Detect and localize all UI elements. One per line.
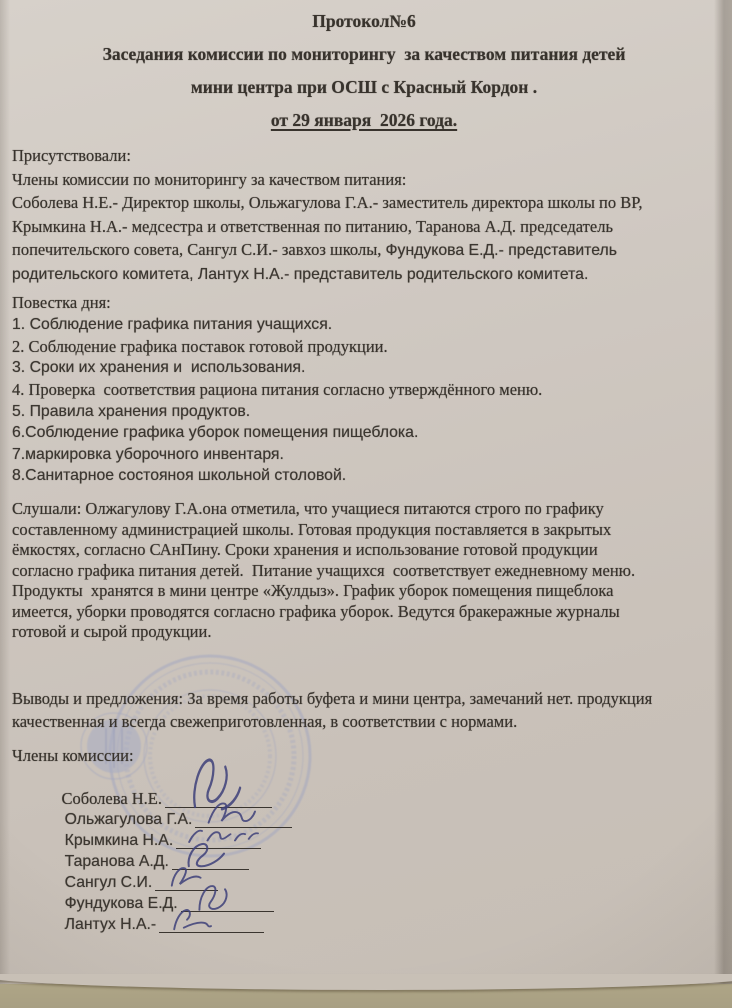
header-line: Заседания комиссии по мониторингу за кач… (12, 38, 716, 71)
heard-line: Слушали: Олжагулову Г.А.она отметила, чт… (12, 499, 716, 520)
header-line: Протокол№6 (12, 5, 716, 38)
signature-name: Таранова А.Д. (65, 853, 169, 870)
heard-line: согласно графика питания детей. Питание … (12, 561, 716, 582)
agenda-list: 1. Соблюдение графика питания учащихся.2… (12, 314, 716, 487)
agenda-item: 8.Санитарное состояноя школьной столовой… (12, 465, 716, 487)
signature-scribble-icon (163, 896, 259, 934)
signature-name: Сангул С.И. (65, 874, 153, 891)
agenda-heading: Повестка дня: (12, 291, 716, 315)
heard-line: имеется, уборки проводятся согласно граф… (12, 602, 716, 623)
paper: Протокол№6Заседания комиссии по монитори… (0, 0, 732, 1008)
agenda-item: 6.Соблюдение графика уборок помещения пи… (12, 422, 716, 444)
signature-line (159, 920, 264, 933)
attendees-line: Члены комиссии по мониторингу за качеств… (12, 168, 716, 192)
conclusions-line: качественная и всегда свежеприготовленна… (12, 710, 716, 733)
header-line: мини центра при ОСШ с Красный Кордон . (12, 71, 716, 104)
agenda-item: 4. Проверка соответствия рациона питания… (12, 379, 716, 401)
conclusions-line: Выводы и предложения: За время работы бу… (12, 687, 716, 710)
conclusions-section: Выводы и предложения: За время работы бу… (12, 687, 716, 733)
agenda-item: 3. Сроки их хранения и использования. (12, 357, 716, 379)
heard-line: Продукты хранятся в мини центре «Жулдыз»… (12, 581, 716, 602)
doc-header: Протокол№6Заседания комиссии по монитори… (12, 5, 716, 137)
attendees-section: Присутствовали:Члены комиссии по монитор… (12, 144, 716, 287)
signatures-heading: Члены комиссии: (12, 745, 716, 767)
document-photo: Протокол№6Заседания комиссии по монитори… (0, 0, 732, 1008)
attendees-line: Присутствовали: (12, 144, 716, 168)
agenda-item: 5. Правила хранения продуктов. (12, 401, 716, 423)
heard-line: готовой и сырой продукции. (12, 622, 716, 643)
agenda-item: 7.маркировка уборочного инвентаря. (12, 444, 716, 466)
attendees-line: попечительского совета, Сангул С.И.- зав… (12, 238, 716, 263)
attendees-line: Крымкина Н.А.- медсестра и ответственная… (12, 215, 716, 239)
signature-name: Фундукова Е.Д. (65, 895, 178, 912)
agenda-section: Повестка дня: 1. Соблюдение графика пита… (12, 291, 716, 487)
signatures-section: Члены комиссии: Соболева Н.Е. Ольжагулов… (12, 745, 716, 914)
agenda-item: 2. Соблюдение графика поставок готовой п… (12, 336, 716, 358)
signature-name: Лантух Н.А.- (65, 916, 156, 933)
attendees-line: родительского комитета, Лантух Н.А.- пре… (12, 263, 716, 287)
signatures-list: Соболева Н.Е. Ольжагулова Г.А. Крымкина … (12, 767, 716, 914)
header-line: от 29 января 2026 года. (12, 104, 716, 137)
signature-name: Крымкина Н.А. (65, 832, 174, 849)
heard-line: составленному администрацией школы. Гото… (12, 520, 716, 541)
heard-line: ёмкостях, согласно САнПину. Сроки хранен… (12, 540, 716, 561)
signature-name: Ольжагулова Г.А. (65, 811, 193, 828)
paper-bottom-edge (0, 984, 732, 1008)
signature-row: Соболева Н.Е. (12, 767, 716, 788)
agenda-item: 1. Соблюдение графика питания учащихся. (12, 314, 716, 336)
heard-section: Слушали: Олжагулову Г.А.она отметила, чт… (12, 499, 716, 643)
signature-name: Соболева Н.Е. (62, 789, 163, 808)
attendees-line: Соболева Н.Е.- Директор школы, Ольжагуло… (12, 191, 716, 215)
